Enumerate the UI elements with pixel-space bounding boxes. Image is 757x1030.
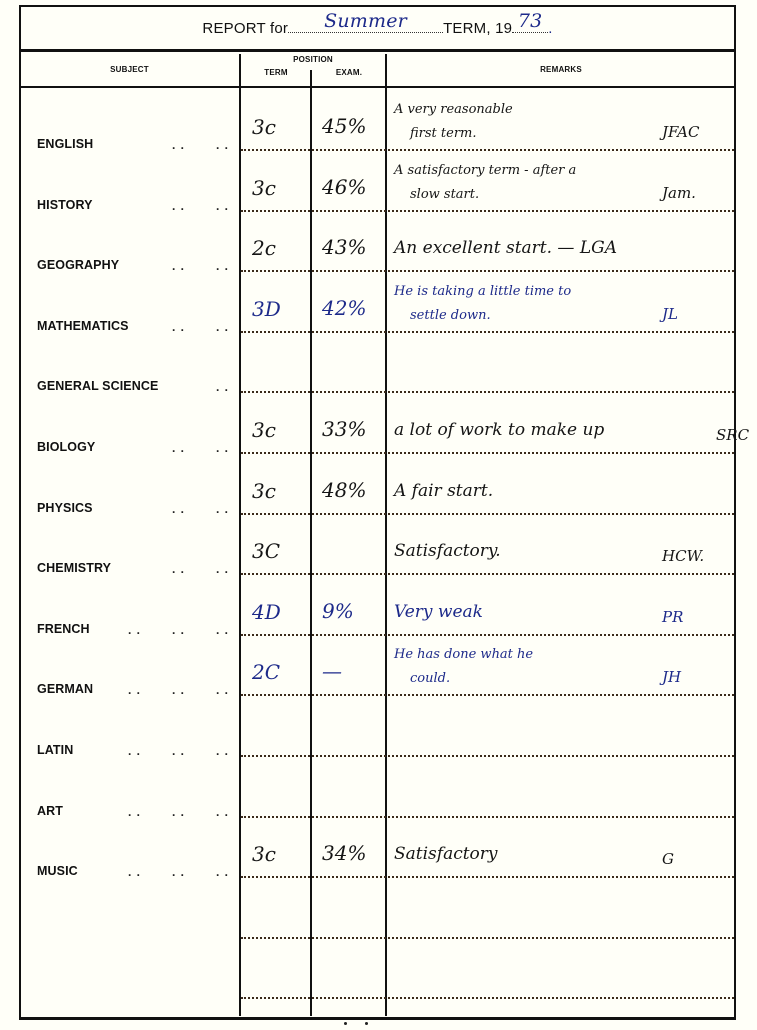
ruled-line [241, 755, 734, 757]
ruled-line [241, 634, 734, 636]
term-position-value: 3c [252, 178, 276, 198]
divider-subject-term [239, 54, 241, 1016]
ruled-line [241, 876, 734, 878]
subject-label: ENGLISH [37, 137, 93, 151]
remark-text: Satisfactory. [394, 543, 501, 560]
term-position-value: 3C [252, 541, 280, 561]
header-position: POSITION [240, 55, 386, 64]
ruled-line [241, 149, 734, 151]
remark-text-line2: slow start. [410, 188, 479, 201]
term-position-value: 4D [252, 602, 281, 622]
subject-label: LATIN [37, 743, 73, 757]
remark-text: He has done what he [394, 648, 533, 661]
remark-text: A fair start. [394, 483, 493, 500]
leader-dots: . . [128, 805, 141, 819]
leader-dots: . . [216, 502, 229, 516]
subject-label: HISTORY [37, 198, 93, 212]
term-position-value: 3c [252, 117, 276, 137]
leader-dots: . . [172, 259, 185, 273]
ruled-line [241, 694, 734, 696]
ruled-line [241, 816, 734, 818]
header-exam: EXAM. [312, 68, 386, 77]
leader-dots: . . [172, 320, 185, 334]
leader-dots: . . [172, 744, 185, 758]
exam-position-value: 9% [322, 601, 354, 621]
exam-position-value: 33% [322, 419, 366, 439]
subject-label: MUSIC [37, 864, 78, 878]
subject-label: GEOGRAPHY [37, 258, 119, 272]
report-card-sheet: REPORT forSummerTERM, 1973. SUBJECT POSI… [0, 0, 757, 1030]
remark-text: An excellent start. — LGA [394, 240, 617, 257]
leader-dots: . . [172, 199, 185, 213]
remark-text: A very reasonable [394, 103, 513, 116]
ruled-line [241, 270, 734, 272]
leader-dots: . . [172, 502, 185, 516]
remark-text: Satisfactory [394, 846, 498, 863]
title-prefix: REPORT for [202, 20, 288, 37]
teacher-initials: PR [662, 608, 683, 626]
leader-dots: . . [172, 138, 185, 152]
term-value: Summer [288, 12, 443, 31]
punch-mark [344, 1022, 347, 1025]
ruled-line [241, 937, 734, 939]
term-field: Summer [288, 32, 443, 33]
year-field: 73 [512, 32, 548, 33]
leader-dots: . . [172, 562, 185, 576]
leader-dots: . . [216, 199, 229, 213]
header-term: TERM [240, 68, 312, 77]
leader-dots: . . [216, 441, 229, 455]
remark-text: Very weak [394, 604, 483, 621]
leader-dots: . . [216, 744, 229, 758]
punch-mark [365, 1022, 368, 1025]
leader-dots: . . [128, 865, 141, 879]
teacher-initials: JFAC [662, 123, 699, 141]
leader-dots: . . [128, 623, 141, 637]
ruled-line [241, 452, 734, 454]
term-position-value: 2C [252, 662, 280, 682]
leader-dots: . . [172, 805, 185, 819]
leader-dots: . . [172, 865, 185, 879]
remark-text: A satisfactory term - after a [394, 164, 576, 177]
column-header-row: SUBJECT POSITION TERM EXAM. REMARKS [19, 52, 736, 88]
exam-position-value: 46% [322, 177, 366, 197]
leader-dots: . . [216, 380, 229, 394]
leader-dots: . . [216, 259, 229, 273]
exam-position-value: — [322, 661, 342, 681]
remark-text-line2: could. [410, 672, 450, 685]
report-title: REPORT forSummerTERM, 1973. [19, 20, 736, 37]
teacher-initials: Jam. [662, 184, 696, 202]
leader-dots: . . [216, 562, 229, 576]
subject-label: CHEMISTRY [37, 561, 111, 575]
teacher-initials: JH [662, 668, 681, 686]
leader-dots: . . [216, 623, 229, 637]
leader-dots: . . [216, 805, 229, 819]
term-position-value: 2c [252, 238, 276, 258]
ruled-line [241, 391, 734, 393]
teacher-initials: SRC [716, 426, 749, 444]
subject-label: GENERAL SCIENCE [37, 379, 158, 393]
year-value: 73 [512, 12, 548, 31]
remark-text-line2: settle down. [410, 309, 491, 322]
leader-dots: . . [128, 683, 141, 697]
term-position-value: 3c [252, 481, 276, 501]
term-position-value: 3c [252, 420, 276, 440]
title-middle: TERM, 19 [443, 20, 512, 37]
subject-label: ART [37, 804, 63, 818]
leader-dots: . . [216, 138, 229, 152]
subject-label: GERMAN [37, 682, 93, 696]
leader-dots: . . [172, 623, 185, 637]
leader-dots: . . [216, 320, 229, 334]
teacher-initials: G [662, 850, 674, 868]
leader-dots: . . [172, 441, 185, 455]
ruled-line [241, 573, 734, 575]
subject-label: FRENCH [37, 622, 90, 636]
divider-exam-remarks [385, 54, 387, 1016]
leader-dots: . . [172, 683, 185, 697]
remark-text: He is taking a little time to [394, 285, 571, 298]
exam-position-value: 42% [322, 298, 366, 318]
remark-text: a lot of work to make up [394, 422, 604, 439]
exam-position-value: 45% [322, 116, 366, 136]
subject-label: PHYSICS [37, 501, 93, 515]
title-suffix: . [548, 20, 552, 37]
ruled-line [241, 513, 734, 515]
header-remarks: REMARKS [386, 65, 736, 74]
exam-position-value: 48% [322, 480, 366, 500]
term-position-value: 3c [252, 844, 276, 864]
exam-position-value: 43% [322, 237, 366, 257]
header-subject: SUBJECT [19, 65, 240, 74]
leader-dots: . . [128, 744, 141, 758]
ruled-line [241, 997, 734, 999]
leader-dots: . . [216, 683, 229, 697]
subject-label: MATHEMATICS [37, 319, 129, 333]
exam-position-value: 34% [322, 843, 366, 863]
teacher-initials: JL [662, 305, 678, 323]
term-position-value: 3D [252, 299, 281, 319]
ruled-line [241, 210, 734, 212]
report-title-bar: REPORT forSummerTERM, 1973. [19, 5, 736, 52]
teacher-initials: HCW. [662, 547, 704, 565]
leader-dots: . . [216, 865, 229, 879]
ruled-line [241, 331, 734, 333]
subject-label: BIOLOGY [37, 440, 95, 454]
remark-text-line2: first term. [410, 127, 477, 140]
